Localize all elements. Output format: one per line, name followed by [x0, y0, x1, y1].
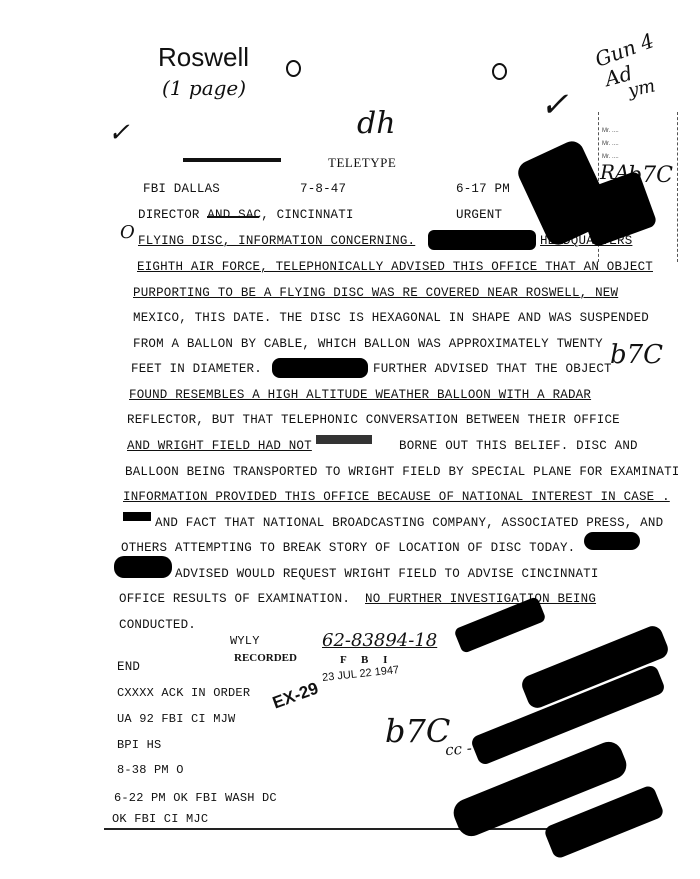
index-date: 23 JUL 22 1947 — [322, 664, 400, 684]
body-line: CONDUCTED. — [119, 618, 196, 632]
time-field: 6-17 PM — [456, 182, 510, 196]
body-line: PURPORTING TO BE A FLYING DISC WAS RE CO… — [133, 286, 618, 300]
handwritten-title: Roswell — [158, 42, 249, 73]
body-line: OFFICE RESULTS OF EXAMINATION. — [119, 592, 350, 606]
check-mark-right: ✓ — [540, 85, 569, 125]
ex-stamp: EX-29 — [270, 679, 321, 714]
body-line: EIGHTH AIR FORCE, TELEPHONICALLY ADVISED… — [137, 260, 653, 274]
from-field: FBI DALLAS — [143, 182, 220, 196]
redaction-block — [114, 556, 172, 578]
body-line: ADVISED WOULD REQUEST WRIGHT FIELD TO AD… — [175, 567, 599, 581]
body-line: AND FACT THAT NATIONAL BROADCASTING COMP… — [155, 516, 663, 530]
body-line: FOUND RESEMBLES A HIGH ALTITUDE WEATHER … — [129, 388, 591, 402]
corner-note-3: ym — [626, 75, 657, 101]
redaction-block — [428, 230, 536, 250]
hole-punch-right — [492, 63, 507, 80]
ack-line: CXXXX ACK IN ORDER — [117, 686, 250, 700]
handwritten-b7c: b7C — [385, 712, 450, 750]
file-sub: F B I — [340, 654, 393, 666]
end-marker: END — [117, 660, 140, 674]
body-line: FEET IN DIAMETER. — [131, 362, 262, 376]
hole-punch-left — [286, 60, 301, 77]
recorded-stamp: RECORDED — [234, 652, 297, 664]
time1-line: 8-38 PM O — [117, 763, 184, 777]
redaction-block — [316, 435, 372, 444]
margin-note-b7c: b7C — [610, 340, 663, 370]
signature: WYLY — [230, 634, 260, 648]
subject-circle-mark: O — [120, 222, 135, 243]
initials-mark: dh — [357, 106, 396, 141]
to-field: DIRECTOR AND SAC, CINCINNATI — [138, 208, 354, 222]
body-line: FROM A BALLON BY CABLE, WHICH BALLON WAS… — [133, 337, 603, 351]
time2-line: 6-22 PM OK FBI WASH DC — [114, 791, 277, 805]
ok-ci-line: OK FBI CI MJC — [112, 812, 208, 826]
body-line: OTHERS ATTEMPTING TO BREAK STORY OF LOCA… — [121, 541, 575, 555]
handwritten-subtitle: (1 page) — [162, 76, 246, 100]
priority-field: URGENT — [456, 208, 502, 222]
to-text: DIRECTOR AND SAC, CINCINNATI — [138, 208, 354, 222]
redaction-block — [123, 512, 151, 521]
body-line: INFORMATION PROVIDED THIS OFFICE BECAUSE… — [123, 490, 670, 504]
body-line: REFLECTOR, BUT THAT TELEPHONIC CONVERSAT… — [127, 413, 620, 427]
check-mark-left: ✓ — [108, 118, 130, 148]
file-number: 62-83894-18 — [322, 630, 437, 651]
date-field: 7-8-47 — [300, 182, 346, 196]
redaction-block — [584, 532, 640, 550]
body-line: AND WRIGHT FIELD HAD NOT — [127, 439, 312, 453]
to-strike — [207, 216, 259, 218]
body-line: NO FURTHER INVESTIGATION BEING — [365, 592, 596, 606]
body-line: MEXICO, THIS DATE. THE DISC IS HEXAGONAL… — [133, 311, 649, 325]
subject-field: FLYING DISC, INFORMATION CONCERNING. — [138, 234, 415, 248]
bpi-line: BPI HS — [117, 738, 161, 752]
body-line: BORNE OUT THIS BELIEF. DISC AND — [399, 439, 638, 453]
body-line: BALLOON BEING TRANSPORTED TO WRIGHT FIEL… — [125, 465, 680, 479]
body-line: FURTHER ADVISED THAT THE OBJECT — [373, 362, 612, 376]
ua-line: UA 92 FBI CI MJW — [117, 712, 235, 726]
redaction-block — [272, 358, 368, 378]
doc-type-heading: TELETYPE — [328, 155, 396, 171]
body-text: EIGHTH AIR FORCE, TELEPHONICALLY ADVISED… — [131, 260, 691, 640]
heading-bar — [183, 158, 281, 162]
